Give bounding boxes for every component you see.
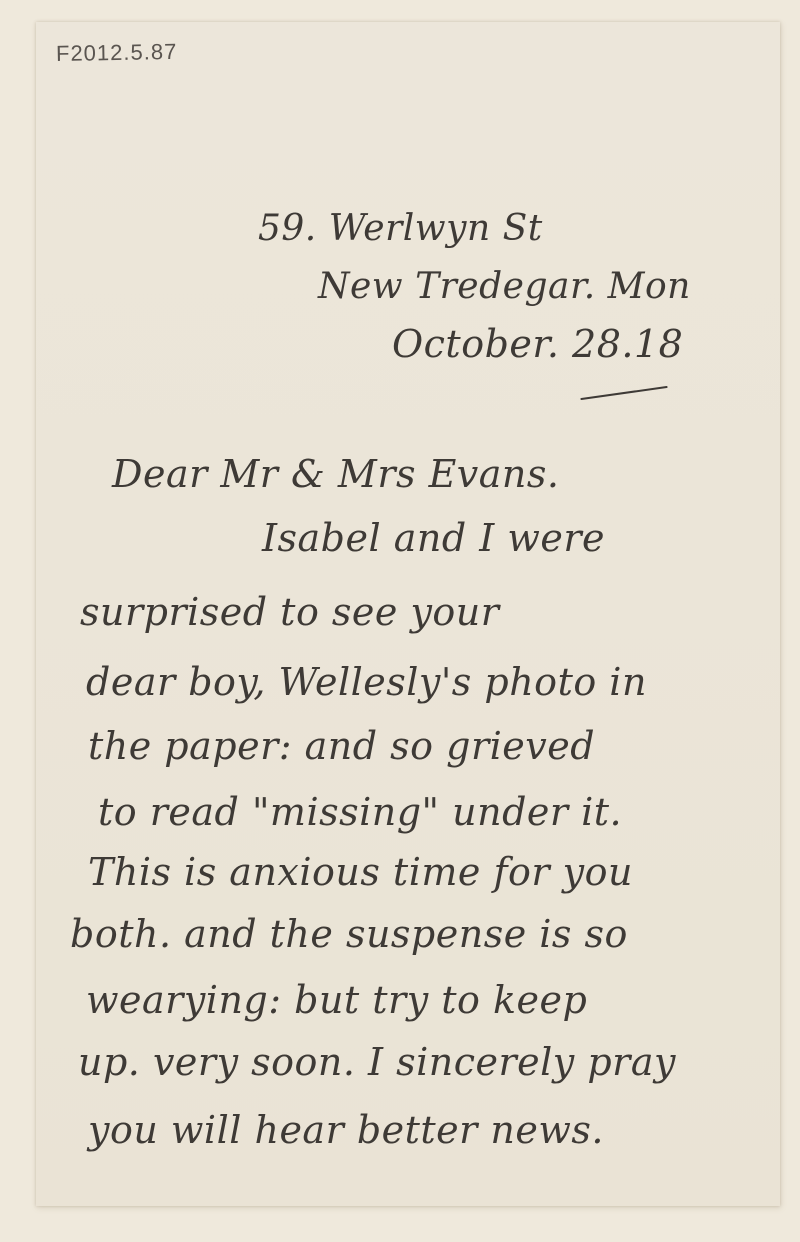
body-line: surprised to see your	[80, 590, 499, 634]
body-line: to read "missing" under it.	[98, 790, 622, 834]
body-line: the paper: and so grieved	[88, 724, 595, 768]
letter-date: October. 28.18	[392, 322, 683, 366]
body-line: Isabel and I were	[262, 516, 605, 560]
body-line: both. and the suspense is so	[70, 912, 628, 956]
catalog-number: F2012.5.87	[56, 39, 178, 67]
body-line: This is anxious time for you	[88, 850, 633, 894]
body-line: up. very soon. I sincerely pray	[78, 1040, 676, 1084]
address-street: 59. Werlwyn St	[258, 208, 543, 249]
address-town: New Tredegar. Mon	[318, 266, 691, 307]
body-line: you will hear better news.	[88, 1108, 604, 1152]
body-line: wearying: but try to keep	[86, 978, 587, 1022]
body-line: dear boy, Wellesly's photo in	[86, 660, 647, 704]
salutation: Dear Mr & Mrs Evans.	[112, 452, 559, 496]
